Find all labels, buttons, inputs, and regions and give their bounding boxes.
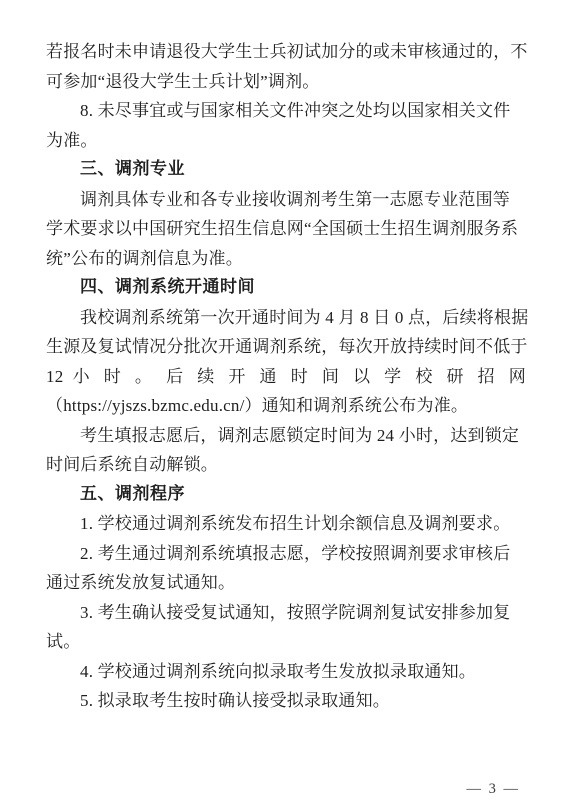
section-heading: 四、调剂系统开通时间	[46, 273, 526, 303]
text-line: 生源及复试情况分批次开通调剂系统，每次开放持续时间不低于	[46, 332, 526, 362]
text-line: 为准。	[46, 126, 526, 156]
text-line: （https://yjszs.bzmc.edu.cn/）通知和调剂系统公布为准。	[46, 391, 526, 421]
text-line: 1. 学校通过调剂系统发布招生计划余额信息及调剂要求。	[46, 509, 526, 539]
section-heading: 三、调剂专业	[46, 155, 526, 185]
text-line: 调剂具体专业和各专业接收调剂考生第一志愿专业范围等	[46, 185, 526, 215]
text-line: 12 小 时 。 后 续 开 通 时 间 以 学 校 研 招 网	[46, 362, 526, 392]
document-page: 若报名时未申请退役大学生士兵初试加分的或未审核通过的，不可参加“退役大学生士兵计…	[0, 0, 572, 805]
text-line: 5. 拟录取考生按时确认接受拟录取通知。	[46, 686, 526, 716]
text-line: 若报名时未申请退役大学生士兵初试加分的或未审核通过的，不	[46, 37, 526, 67]
text-line: 通过系统发放复试通知。	[46, 568, 526, 598]
text-line: 4. 学校通过调剂系统向拟录取考生发放拟录取通知。	[46, 657, 526, 687]
text-line: 2. 考生通过调剂系统填报志愿，学校按照调剂要求审核后	[46, 539, 526, 569]
text-line: 考生填报志愿后，调剂志愿锁定时间为 24 小时，达到锁定	[46, 421, 526, 451]
text-line: 3. 考生确认接受复试通知，按照学院调剂复试安排参加复	[46, 598, 526, 628]
text-line: 时间后系统自动解锁。	[46, 450, 526, 480]
text-line: 可参加“退役大学生士兵计划”调剂。	[46, 67, 526, 97]
text-line: 试。	[46, 627, 526, 657]
text-line: 统”公布的调剂信息为准。	[46, 244, 526, 274]
text-line: 我校调剂系统第一次开通时间为 4 月 8 日 0 点，后续将根据	[46, 303, 526, 333]
document-body: 若报名时未申请退役大学生士兵初试加分的或未审核通过的，不可参加“退役大学生士兵计…	[46, 37, 526, 716]
text-line: 8. 未尽事宜或与国家相关文件冲突之处均以国家相关文件	[46, 96, 526, 126]
text-line: 学术要求以中国研究生招生信息网“全国硕士生招生调剂服务系	[46, 214, 526, 244]
page-number: — 3 —	[467, 781, 521, 798]
section-heading: 五、调剂程序	[46, 480, 526, 510]
